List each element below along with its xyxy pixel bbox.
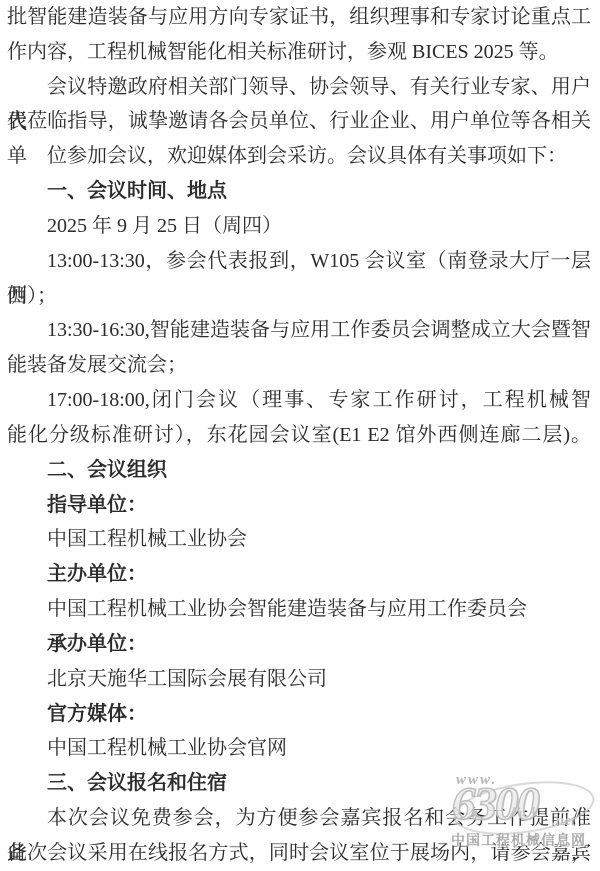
document-body: 批智能建造装备与应用方向专家证书，组织理事和专家讨论重点工作内容，工程机械智能化…	[7, 0, 591, 871]
text-line: 侧）；	[7, 279, 591, 314]
text-line: 13:00-13:30，参会代表报到，W105 会议室（南登录大厅一层西	[7, 244, 591, 279]
document-page: 批智能建造装备与应用方向专家证书，组织理事和专家讨论重点工作内容，工程机械智能化…	[0, 0, 600, 871]
section-heading: 指导单位：	[7, 488, 591, 523]
text-line: 位参加会议，欢迎媒体到会采访。会议具体有关事项如下：	[7, 139, 591, 174]
section-heading: 主办单位：	[7, 557, 591, 592]
text-line: 2025 年 9 月 25 日（周四）	[7, 209, 591, 244]
text-line: 表莅临指导，诚挚邀请各会员单位、行业企业、用户单位等各相关单	[7, 104, 591, 139]
text-line: 此次会议采用在线报名方式，同时会议室位于展场内，请参会嘉宾于	[7, 836, 591, 871]
section-heading: 承办单位：	[7, 627, 591, 662]
text-line: 北京天施华工国际会展有限公司	[7, 662, 591, 697]
section-heading: 一、会议时间、地点	[7, 174, 591, 209]
text-line: 批智能建造装备与应用方向专家证书，组织理事和专家讨论重点工	[7, 0, 591, 35]
text-line: 中国工程机械工业协会智能建造装备与应用工作委员会	[7, 592, 591, 627]
text-line: 中国工程机械工业协会官网	[7, 731, 591, 766]
text-line: 13:30-16:30,智能建造装备与应用工作委员会调整成立大会暨智	[7, 313, 591, 348]
section-heading: 二、会议组织	[7, 453, 591, 488]
section-heading: 官方媒体：	[7, 697, 591, 732]
text-line: 能化分级标准研讨），东花园会议室(E1 E2 馆外西侧连廊二层)。	[7, 418, 591, 453]
text-line: 能装备发展交流会；	[7, 348, 591, 383]
text-line: 17:00-18:00,闭门会议（理事、专家工作研讨，工程机械智	[7, 383, 591, 418]
text-line: 作内容，工程机械智能化相关标准研讨，参观 BICES 2025 等。	[7, 35, 591, 70]
text-line: 本次会议免费参会，为方便参会嘉宾报名和会务工作提前准备，	[7, 801, 591, 836]
section-heading: 三、会议报名和住宿	[7, 766, 591, 801]
text-line: 中国工程机械工业协会	[7, 522, 591, 557]
text-line: 会议特邀政府相关部门领导、协会领导、有关行业专家、用户代	[7, 70, 591, 105]
